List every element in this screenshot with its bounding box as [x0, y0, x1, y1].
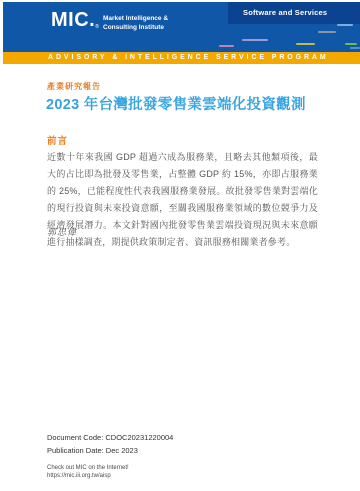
page-title: 2023 年台灣批發零售業雲端化投資觀測 — [46, 93, 306, 114]
program-banner: ADVISORY & INTELLIGENCE SERVICE PROGRAM — [3, 52, 360, 64]
report-cover-page: Software and Services MIC.® Market Intel… — [0, 0, 360, 491]
foreword-paragraph: 近數十年來我國 GDP 超過六成為服務業，且略去其他類項後，最大的占比即為批發及… — [47, 149, 318, 251]
promo-text: Check out MIC on the Internet! — [47, 464, 129, 472]
document-code-row: Document Code: CDOC20231220004 — [47, 431, 173, 444]
deco-dash — [350, 47, 360, 49]
institute-name-line1: Market Intelligence & — [103, 15, 168, 22]
document-metadata: Document Code: CDOC20231220004 Publicati… — [47, 431, 173, 457]
deco-dash — [345, 43, 357, 45]
institute-name-line2: Consulting Institute — [103, 24, 164, 31]
deco-dash — [318, 31, 336, 33]
program-banner-text: ADVISORY & INTELLIGENCE SERVICE PROGRAM — [3, 52, 360, 64]
deco-dash — [219, 45, 234, 47]
author-name: 郭思偉 — [47, 225, 77, 238]
publication-date-value: Dec 2023 — [106, 446, 138, 455]
deco-dash — [296, 43, 315, 45]
institute-name: Market Intelligence & Consulting Institu… — [103, 15, 168, 32]
service-category-badge: Software and Services — [228, 2, 360, 24]
mic-logo: MIC.® — [51, 9, 99, 32]
document-code-label: Document Code: — [47, 433, 105, 442]
mic-website-link[interactable]: https://mic.iii.org.tw/aisp — [47, 473, 111, 479]
document-code-value: CDOC20231220004 — [105, 433, 173, 442]
foreword-heading: 前言 — [47, 133, 68, 147]
publication-date-row: Publication Date: Dec 2023 — [47, 444, 173, 457]
deco-dash — [337, 24, 353, 26]
deco-dash — [242, 39, 268, 41]
mic-logo-text: MIC. — [51, 9, 95, 31]
report-type-label: 產業研究報告 — [47, 81, 101, 92]
footer-promo: Check out MIC on the Internet! https://m… — [47, 464, 129, 480]
registered-mark-icon: ® — [95, 24, 99, 30]
publication-date-label: Publication Date: — [47, 446, 106, 455]
service-category-label: Software and Services — [228, 2, 360, 17]
